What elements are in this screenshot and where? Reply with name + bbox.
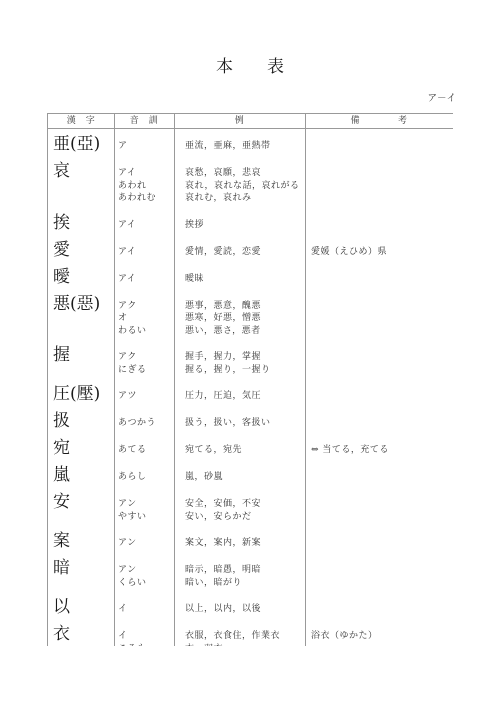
remark-cell	[305, 296, 453, 338]
remark-cell	[305, 347, 453, 376]
example-line: 嵐，砂嵐	[185, 471, 305, 484]
remark-line: 浴衣（ゆかた）	[311, 630, 453, 643]
reading-line: イ	[118, 630, 174, 643]
example-cell: 扱う，扱い，客扱い	[174, 413, 305, 430]
remark-cell	[305, 269, 453, 286]
table-row: 悪(惡)アクオわるい悪事，悪意，醜悪悪寒，好悪，憎悪悪い，悪さ，悪者	[48, 296, 453, 338]
kanji-cell: 悪(惡)	[48, 296, 114, 338]
reading-line: アク	[118, 351, 174, 364]
header-cell-remark: 備 考	[305, 115, 453, 127]
header-cell-example: 例	[174, 115, 305, 127]
table-row: 衣イころも衣服，衣食住，作業衣衣，羽衣浴衣（ゆかた）	[48, 626, 453, 646]
example-cell: 圧力，圧迫，気圧	[174, 386, 305, 403]
column-divider-kanji-reading	[114, 114, 115, 646]
reading-line: アン	[118, 498, 174, 511]
reading-line: ア	[118, 140, 174, 153]
kanji-cell: 宛	[48, 440, 114, 457]
remark-cell	[305, 413, 453, 430]
example-cell: 以上，以内，以後	[174, 599, 305, 616]
reading-line: あらし	[118, 471, 174, 484]
kanji-cell: 嵐	[48, 467, 114, 484]
example-line: 哀れむ，哀れみ	[185, 192, 305, 205]
example-cell: 哀愁，哀願，悲哀哀れ，哀れな話，哀れがる哀れむ，哀れみ	[174, 163, 305, 205]
reading-line: くらい	[118, 577, 174, 590]
kanji-table: 漢 字 音 訓 例 備 考 亜(亞)ア亜流，亜麻，亜熱帯哀アイあわれあわれむ哀愁…	[47, 113, 453, 646]
table-row: 扱あつかう扱う，扱い，客扱い	[48, 413, 453, 430]
remark-cell	[305, 494, 453, 523]
example-line: 曖昧	[185, 273, 305, 286]
reading-cell: イ	[114, 599, 174, 616]
reading-cell: アン	[114, 533, 174, 550]
example-line: 衣服，衣食住，作業衣	[185, 630, 305, 643]
example-line: 暗い，暗がり	[185, 577, 305, 590]
example-line: 圧力，圧迫，気圧	[185, 390, 305, 403]
reading-cell: アイ	[114, 242, 174, 259]
reading-line: やすい	[118, 511, 174, 524]
example-cell: 暗示，暗愚，明暗暗い，暗がり	[174, 560, 305, 589]
example-line: 案文，案内，新案	[185, 537, 305, 550]
example-cell: 愛情，愛読，恋愛	[174, 242, 305, 259]
example-line: 悪い，悪さ，悪者	[185, 325, 305, 338]
table-row: 暗アンくらい暗示，暗愚，明暗暗い，暗がり	[48, 560, 453, 589]
kanji-cell: 握	[48, 347, 114, 376]
remark-line: ⇔ 当てる，充てる	[311, 444, 453, 457]
page-title: 本 表	[0, 57, 500, 77]
table-row: 亜(亞)ア亜流，亜麻，亜熱帯	[48, 136, 453, 153]
table-row: 案アン案文，案内，新案	[48, 533, 453, 550]
example-cell: 衣服，衣食住，作業衣衣，羽衣	[174, 626, 305, 646]
remark-cell	[305, 215, 453, 232]
remark-cell	[305, 386, 453, 403]
column-divider-reading-example	[174, 114, 175, 646]
example-line: 衣，羽衣	[185, 643, 305, 647]
kanji-cell: 哀	[48, 163, 114, 205]
remark-cell: 浴衣（ゆかた）	[305, 626, 453, 646]
example-line: 悪寒，好悪，憎悪	[185, 312, 305, 325]
table-row: 曖アイ曖昧	[48, 269, 453, 286]
table-row: 挨アイ挨拶	[48, 215, 453, 232]
table-body: 亜(亞)ア亜流，亜麻，亜熱帯哀アイあわれあわれむ哀愁，哀願，悲哀哀れ，哀れな話，…	[48, 129, 453, 646]
example-line: 安い，安らかだ	[185, 511, 305, 524]
example-line: 扱う，扱い，客扱い	[185, 417, 305, 430]
table-row: 以イ以上，以内，以後	[48, 599, 453, 616]
reading-line: アン	[118, 564, 174, 577]
example-line: 以上，以内，以後	[185, 603, 305, 616]
reading-cell: アンくらい	[114, 560, 174, 589]
page-index-label: ア－イ	[427, 93, 456, 104]
reading-line: アツ	[118, 390, 174, 403]
table-row: 哀アイあわれあわれむ哀愁，哀願，悲哀哀れ，哀れな話，哀れがる哀れむ，哀れみ	[48, 163, 453, 205]
example-cell: 曖昧	[174, 269, 305, 286]
example-cell: 安全，安価，不安安い，安らかだ	[174, 494, 305, 523]
example-line: 亜流，亜麻，亜熱帯	[185, 140, 305, 153]
example-cell: 亜流，亜麻，亜熱帯	[174, 136, 305, 153]
reading-line: あわれ	[118, 180, 174, 193]
kanji-cell: 案	[48, 533, 114, 550]
header-cell-kanji: 漢 字	[48, 115, 114, 127]
remark-cell: ⇔ 当てる，充てる	[305, 440, 453, 457]
reading-cell: アイ	[114, 269, 174, 286]
example-line: 握る，握り，一握り	[185, 364, 305, 377]
example-line: 挨拶	[185, 219, 305, 232]
kanji-cell: 以	[48, 599, 114, 616]
remark-cell	[305, 560, 453, 589]
reading-line: あてる	[118, 444, 174, 457]
reading-cell: あつかう	[114, 413, 174, 430]
kanji-cell: 安	[48, 494, 114, 523]
remark-cell	[305, 467, 453, 484]
column-divider-example-remark	[305, 114, 306, 646]
example-cell: 案文，案内，新案	[174, 533, 305, 550]
table-row: 嵐あらし嵐，砂嵐	[48, 467, 453, 484]
reading-line: あわれむ	[118, 192, 174, 205]
kanji-cell: 曖	[48, 269, 114, 286]
kanji-cell: 亜(亞)	[48, 136, 114, 153]
table-header: 漢 字 音 訓 例 備 考	[48, 114, 453, 129]
reading-cell: アクにぎる	[114, 347, 174, 376]
example-line: 安全，安価，不安	[185, 498, 305, 511]
remark-cell	[305, 599, 453, 616]
kanji-cell: 暗	[48, 560, 114, 589]
remark-cell: 愛媛（えひめ）県	[305, 242, 453, 259]
kanji-cell: 衣	[48, 626, 114, 646]
reading-line: アイ	[118, 273, 174, 286]
reading-line: にぎる	[118, 364, 174, 377]
example-cell: 握手，握力，掌握握る，握り，一握り	[174, 347, 305, 376]
reading-cell: あらし	[114, 467, 174, 484]
table-row: 安アンやすい安全，安価，不安安い，安らかだ	[48, 494, 453, 523]
reading-line: あつかう	[118, 417, 174, 430]
remark-cell	[305, 136, 453, 153]
reading-line: アン	[118, 537, 174, 550]
remark-cell	[305, 533, 453, 550]
example-line: 哀れ，哀れな話，哀れがる	[185, 180, 305, 193]
example-cell: 嵐，砂嵐	[174, 467, 305, 484]
example-cell: 挨拶	[174, 215, 305, 232]
remark-line: 愛媛（えひめ）県	[311, 246, 453, 259]
reading-cell: アイあわれあわれむ	[114, 163, 174, 205]
table-row: 愛アイ愛情，愛読，恋愛愛媛（えひめ）県	[48, 242, 453, 259]
reading-line: アイ	[118, 219, 174, 232]
kanji-cell: 挨	[48, 215, 114, 232]
kanji-cell: 圧(壓)	[48, 386, 114, 403]
kanji-cell: 愛	[48, 242, 114, 259]
reading-line: オ	[118, 312, 174, 325]
example-line: 悪事，悪意，醜悪	[185, 300, 305, 313]
reading-line: アイ	[118, 246, 174, 259]
reading-cell: アツ	[114, 386, 174, 403]
reading-cell: あてる	[114, 440, 174, 457]
table-row: 圧(壓)アツ圧力，圧迫，気圧	[48, 386, 453, 403]
reading-cell: ア	[114, 136, 174, 153]
example-line: 握手，握力，掌握	[185, 351, 305, 364]
reading-line: アク	[118, 300, 174, 313]
reading-line: アイ	[118, 167, 174, 180]
example-line: 哀愁，哀願，悲哀	[185, 167, 305, 180]
example-line: 暗示，暗愚，明暗	[185, 564, 305, 577]
reading-line: ころも	[118, 643, 174, 647]
table-row: 宛あてる宛てる，宛先⇔ 当てる，充てる	[48, 440, 453, 457]
reading-cell: アイ	[114, 215, 174, 232]
reading-cell: アクオわるい	[114, 296, 174, 338]
reading-line: イ	[118, 603, 174, 616]
document-page: 本 表 ア－イ 漢 字 音 訓 例 備 考 亜(亞)ア亜流，亜麻，亜熱帯哀アイあ…	[0, 0, 500, 708]
reading-cell: アンやすい	[114, 494, 174, 523]
table-row: 握アクにぎる握手，握力，掌握握る，握り，一握り	[48, 347, 453, 376]
example-cell: 悪事，悪意，醜悪悪寒，好悪，憎悪悪い，悪さ，悪者	[174, 296, 305, 338]
kanji-cell: 扱	[48, 413, 114, 430]
example-line: 愛情，愛読，恋愛	[185, 246, 305, 259]
remark-cell	[305, 163, 453, 205]
example-cell: 宛てる，宛先	[174, 440, 305, 457]
reading-cell: イころも	[114, 626, 174, 646]
header-cell-reading: 音 訓	[114, 115, 174, 127]
reading-line: わるい	[118, 325, 174, 338]
example-line: 宛てる，宛先	[185, 444, 305, 457]
